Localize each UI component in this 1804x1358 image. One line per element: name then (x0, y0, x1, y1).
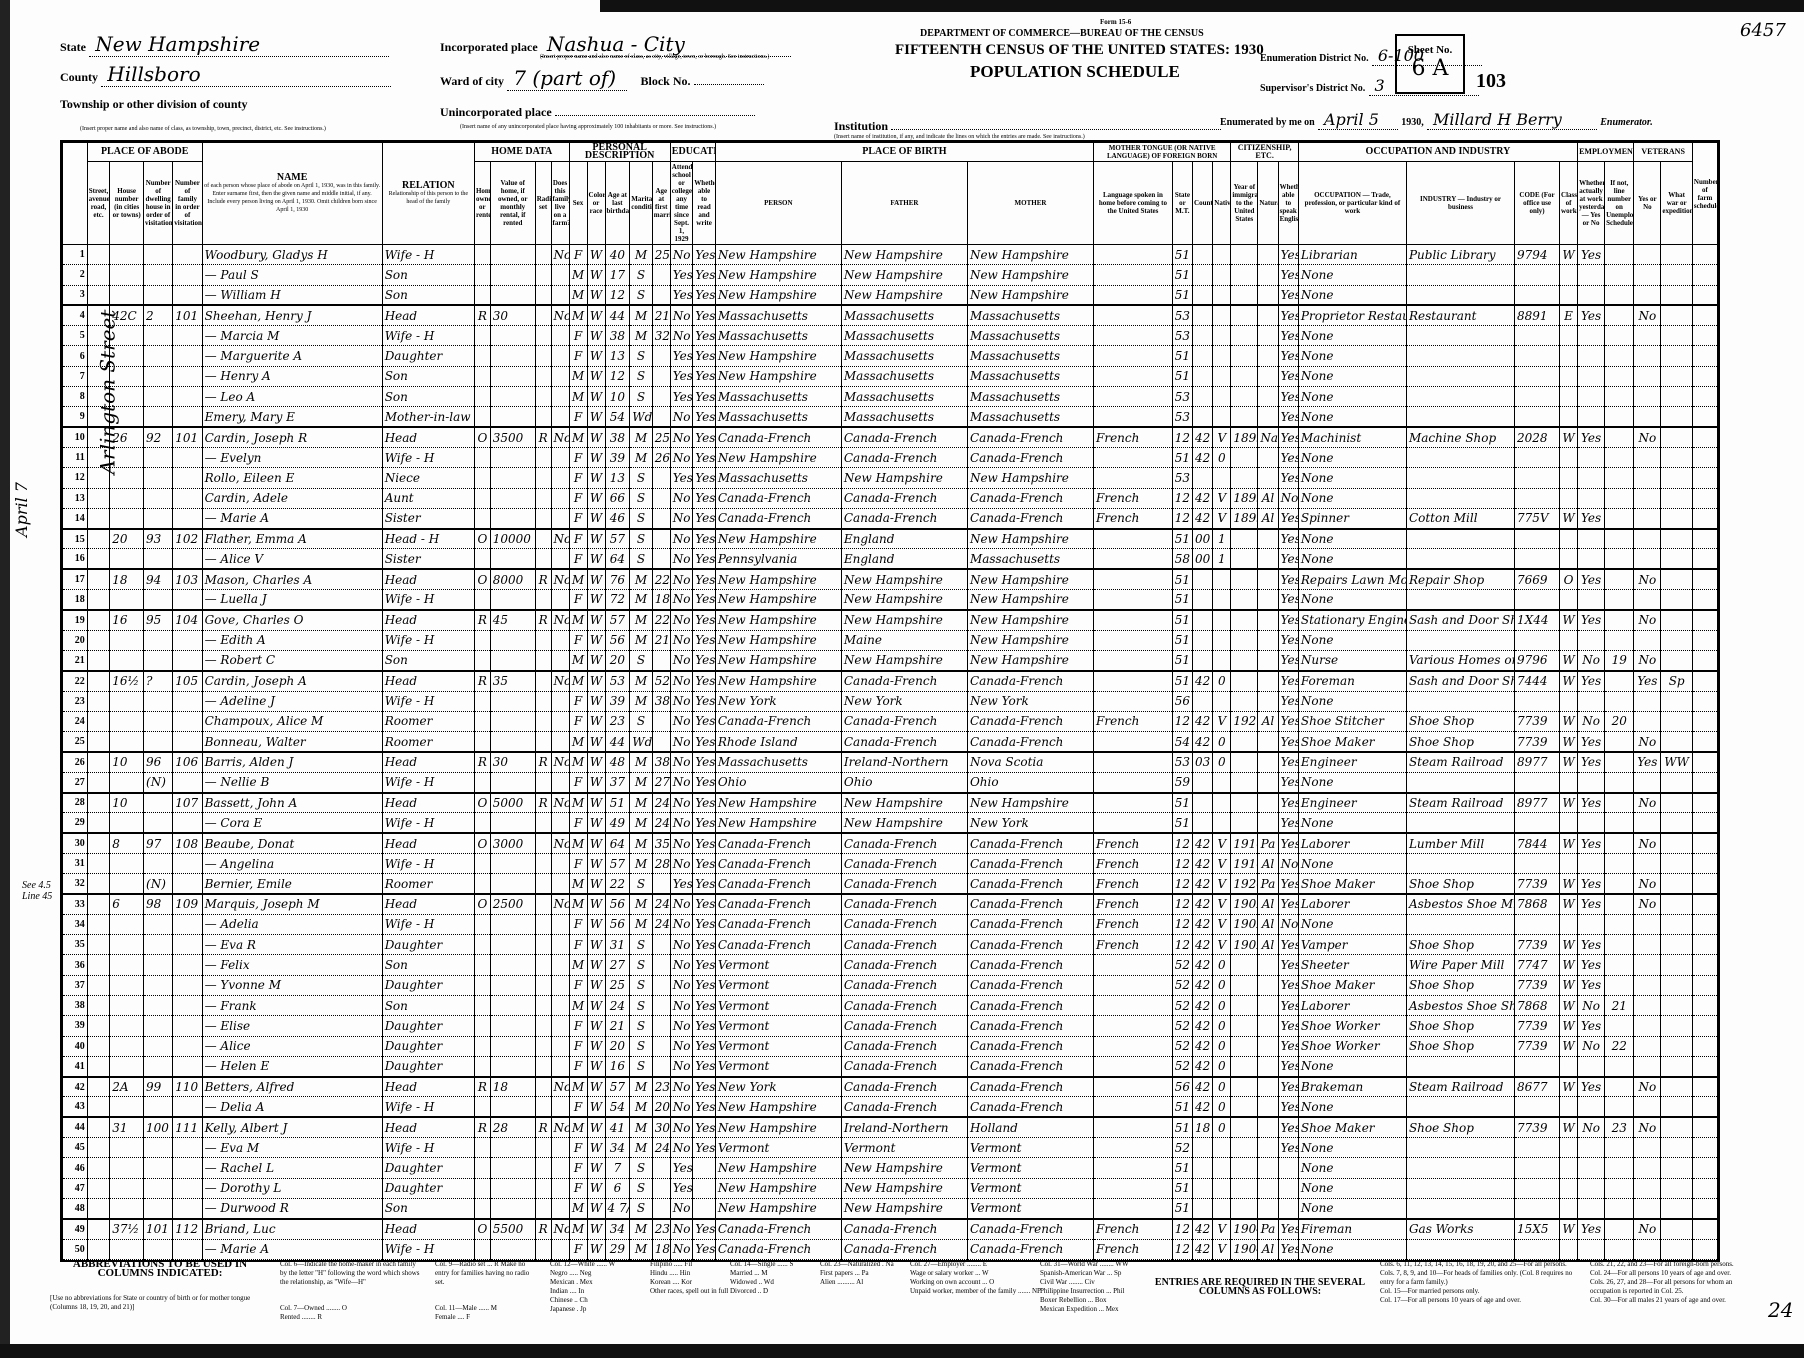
cell-age: 57 (605, 529, 630, 549)
cell-occ: Shoe Maker (1298, 975, 1406, 995)
cell-bp: Canada-French (715, 894, 841, 914)
cell-ln: 22 (63, 671, 88, 691)
cell-work: Yes (1578, 732, 1605, 752)
cell-ca: 56 (1172, 691, 1192, 711)
cell-cb (1193, 265, 1213, 285)
cell-street (87, 1036, 110, 1056)
cell-race: W (587, 326, 605, 346)
cell-own: O (474, 569, 490, 589)
township-note: (Insert proper name and also name of cla… (80, 126, 326, 132)
cell-lang (1094, 346, 1173, 366)
cell-bf: Canada-French (841, 1097, 967, 1117)
cell-mar: S (630, 1198, 653, 1218)
cell-war (1661, 468, 1693, 488)
cell-imm: 1902 (1231, 935, 1258, 955)
cell-farm (551, 549, 569, 569)
cell-fam (173, 995, 202, 1015)
cell-ln: 34 (63, 914, 88, 934)
bottom-right-mark: 24 (1768, 1298, 1793, 1322)
cell-war (1661, 1178, 1693, 1198)
cell-occ: None (1298, 1097, 1406, 1117)
cell-sch: No (670, 590, 693, 610)
cell-race: W (587, 387, 605, 407)
owned-header: Home owned or rented (474, 162, 490, 245)
cell-nat: Al (1258, 711, 1278, 731)
cell-fam (173, 387, 202, 407)
cell-radio (535, 914, 551, 934)
table-row: 3— William HSonMW12SYesYesNew HampshireN… (63, 285, 1718, 305)
cell-street (87, 975, 110, 995)
cell-cd: 7739 (1515, 711, 1560, 731)
cell-occ: Vamper (1298, 935, 1406, 955)
cell-rel: Son (382, 1198, 474, 1218)
cell-radio (535, 590, 551, 610)
cell-eng: Yes (1278, 569, 1298, 589)
cell-sex: F (569, 549, 587, 569)
group-name: NAMEof each person whose place of abode … (202, 143, 382, 245)
cell-imm (1231, 1036, 1258, 1056)
cell-ind: Shoe Shop (1406, 935, 1514, 955)
cell-dwell (144, 732, 173, 752)
cell-ln: 1 (63, 245, 88, 265)
cell-dwell: (N) (144, 772, 173, 792)
cell-sex: F (569, 1178, 587, 1198)
cell-work: Yes (1578, 874, 1605, 894)
cell-rw: Yes (693, 549, 716, 569)
cell-farm (551, 1198, 569, 1218)
cell-race: W (587, 245, 605, 265)
cell-dwell (144, 1036, 173, 1056)
cell-bf: Canada-French (841, 874, 967, 894)
cell-fam (173, 935, 202, 955)
cell-radio (535, 671, 551, 691)
cell-cc: 0 (1213, 1117, 1231, 1137)
incorporated-note: (Insert proper name and also name of cla… (540, 54, 769, 60)
cell-eng: Yes (1278, 650, 1298, 670)
cell-sch: No (670, 1097, 693, 1117)
cell-rw: Yes (693, 346, 716, 366)
cell-mar: S (630, 1178, 653, 1198)
cell-house (110, 447, 144, 467)
cell-am (652, 387, 670, 407)
cell-val (490, 935, 535, 955)
cell-farm (551, 1138, 569, 1158)
cell-bp: New Hampshire (715, 1117, 841, 1137)
cell-nat (1258, 1016, 1278, 1036)
cell-cd: 7747 (1515, 955, 1560, 975)
cell-bf: Massachusetts (841, 305, 967, 325)
cell-val (490, 1036, 535, 1056)
cell-farm: No (551, 569, 569, 589)
cell-un (1605, 549, 1634, 569)
cell-bp: New Hampshire (715, 1097, 841, 1117)
state-field: State New Hampshire (60, 32, 389, 57)
cell-bm: New Hampshire (967, 590, 1093, 610)
cell-name: Bassett, John A (202, 793, 382, 813)
cell-fam: 103 (173, 569, 202, 589)
cell-bp: Vermont (715, 995, 841, 1015)
cell-rw: Yes (693, 894, 716, 914)
cell-name: Barris, Alden J (202, 752, 382, 772)
cell-sex: M (569, 995, 587, 1015)
table-row: 23— Adeline JWife - HFW39M38NoYesNew Yor… (63, 691, 1718, 711)
cell-ca: 51 (1172, 447, 1192, 467)
cell-war (1661, 1219, 1693, 1239)
cell-occ: Shoe Maker (1298, 1117, 1406, 1137)
cell-age: 7 (605, 1158, 630, 1178)
cell-war (1661, 853, 1693, 873)
cell-imm (1231, 285, 1258, 305)
cell-bp: Canada-French (715, 711, 841, 731)
scan-edge-top (600, 0, 1804, 12)
cell-fam: 104 (173, 610, 202, 630)
cell-nat (1258, 1138, 1278, 1158)
cell-house (110, 630, 144, 650)
cell-house: 16 (110, 610, 144, 630)
cell-ca: 51 (1172, 650, 1192, 670)
cell-am: 25 (652, 427, 670, 447)
cell-ind: Sash and Door Shop (1406, 610, 1514, 630)
cell-own: O (474, 427, 490, 447)
cell-nat: Al (1258, 914, 1278, 934)
cell-mar: S (630, 366, 653, 386)
cell-cc: V (1213, 427, 1231, 447)
cell-cls (1560, 914, 1578, 934)
birth-person-header: PERSON (715, 162, 841, 245)
cell-rel: Daughter (382, 1178, 474, 1198)
cell-val: 5000 (490, 793, 535, 813)
table-row: 36— FelixSonMW27SNoYesVermontCanada-Fren… (63, 955, 1718, 975)
cell-cc: V (1213, 1219, 1231, 1239)
cell-own (474, 387, 490, 407)
cell-imm (1231, 975, 1258, 995)
cell-lang (1094, 813, 1173, 833)
cell-fam (173, 407, 202, 427)
cell-name: — Luella J (202, 590, 382, 610)
cell-nat (1258, 1158, 1278, 1178)
cell-ln: 32 (63, 874, 88, 894)
cell-dwell (144, 326, 173, 346)
cell-bm: Vermont (967, 1198, 1093, 1218)
cell-own (474, 265, 490, 285)
cell-dwell: 2 (144, 305, 173, 325)
cell-occ: Brakeman (1298, 1077, 1406, 1097)
naturalization-header: Naturalization (1258, 162, 1278, 245)
cell-cls (1560, 285, 1578, 305)
enumerator-name: Millard H Berry (1427, 110, 1597, 130)
cell-race: W (587, 650, 605, 670)
col12b-note: Filipino ..... Fil Hindu ..... Hin Korea… (650, 1260, 728, 1296)
cell-val (490, 813, 535, 833)
cell-am (652, 732, 670, 752)
cell-imm (1231, 569, 1258, 589)
cell-sex: M (569, 610, 587, 630)
cell-un (1605, 793, 1634, 813)
table-row: 38— FrankSonMW24SNoYesVermontCanada-Fren… (63, 995, 1718, 1015)
cell-rw: Yes (693, 1036, 716, 1056)
cell-occ: Fireman (1298, 1219, 1406, 1239)
cell-work: Yes (1578, 833, 1605, 853)
cell-work: No (1578, 711, 1605, 731)
cell-ln: 47 (63, 1178, 88, 1198)
cell-farmsched (1692, 407, 1717, 427)
cell-rel: Head (382, 305, 474, 325)
cell-sex: M (569, 1077, 587, 1097)
cell-name: — Evelyn (202, 447, 382, 467)
cell-farm: No (551, 1077, 569, 1097)
cell-radio (535, 407, 551, 427)
cell-house: 42C (110, 305, 144, 325)
cell-mar: M (630, 772, 653, 792)
cell-bf: New Hampshire (841, 610, 967, 630)
cell-vet (1634, 590, 1661, 610)
cell-am: 21 (652, 630, 670, 650)
cell-un (1605, 833, 1634, 853)
radio-header: Radio set (535, 162, 551, 245)
cell-ca: 56 (1172, 1077, 1192, 1097)
cell-work (1578, 1056, 1605, 1076)
cell-name: — Robert C (202, 650, 382, 670)
cell-radio (535, 894, 551, 914)
cell-cd (1515, 1097, 1560, 1117)
cell-ind (1406, 813, 1514, 833)
cell-sch: No (670, 732, 693, 752)
cell-farmsched (1692, 590, 1717, 610)
cell-radio: R (535, 793, 551, 813)
cell-dwell: 100 (144, 1117, 173, 1137)
cell-farmsched (1692, 671, 1717, 691)
cell-name: Bonneau, Walter (202, 732, 382, 752)
cell-street (87, 590, 110, 610)
cell-age: 49 (605, 813, 630, 833)
cell-fam (173, 285, 202, 305)
cell-street (87, 914, 110, 934)
cell-farmsched (1692, 732, 1717, 752)
cell-un (1605, 265, 1634, 285)
cell-age: 20 (605, 650, 630, 670)
cell-cc (1213, 1158, 1231, 1178)
cell-age: 22 (605, 874, 630, 894)
cell-farm (551, 995, 569, 1015)
cell-cb: 42 (1193, 1016, 1213, 1036)
cell-bm: Massachusetts (967, 366, 1093, 386)
cell-cd (1515, 529, 1560, 549)
cell-radio (535, 935, 551, 955)
cell-vet: No (1634, 569, 1661, 589)
cell-dwell (144, 975, 173, 995)
cell-race: W (587, 914, 605, 934)
cell-street (87, 995, 110, 1015)
cell-ind (1406, 285, 1514, 305)
cell-house (110, 813, 144, 833)
cell-un (1605, 508, 1634, 528)
cell-radio (535, 955, 551, 975)
farm-header: Does this family live on a farm? (551, 162, 569, 245)
cell-race: W (587, 508, 605, 528)
cell-ind: Steam Railroad (1406, 793, 1514, 813)
cell-age: 56 (605, 894, 630, 914)
cell-radio (535, 1158, 551, 1178)
cell-age: 76 (605, 569, 630, 589)
cell-vet (1634, 549, 1661, 569)
cell-dwell (144, 935, 173, 955)
cell-war (1661, 732, 1693, 752)
cell-mar: S (630, 387, 653, 407)
cell-age: 72 (605, 590, 630, 610)
cell-rel: Wife - H (382, 630, 474, 650)
cell-ca: 12 (1172, 833, 1192, 853)
cell-street (87, 305, 110, 325)
unincorporated-field: Unincorporated place (440, 104, 755, 120)
cell-radio (535, 387, 551, 407)
cell-rw: Yes (693, 447, 716, 467)
cell-imm (1231, 1117, 1258, 1137)
cell-ca: 53 (1172, 326, 1192, 346)
cell-cd: 1X44 (1515, 610, 1560, 630)
cell-radio: R (535, 569, 551, 589)
cell-farmsched (1692, 1097, 1717, 1117)
cell-cb: 42 (1193, 833, 1213, 853)
cell-am (652, 1158, 670, 1178)
group-home-data: HOME DATA (474, 143, 569, 162)
cell-farmsched (1692, 894, 1717, 914)
cell-bm: New Hampshire (967, 529, 1093, 549)
cell-nat (1258, 326, 1278, 346)
cell-street (87, 691, 110, 711)
cell-sex: F (569, 508, 587, 528)
cell-street (87, 1138, 110, 1158)
cell-cls: W (1560, 955, 1578, 975)
cell-cd: 7739 (1515, 1016, 1560, 1036)
cell-race: W (587, 346, 605, 366)
cell-own (474, 874, 490, 894)
cell-cb: 42 (1193, 488, 1213, 508)
cell-work: No (1578, 1117, 1605, 1137)
cell-dwell (144, 407, 173, 427)
cell-farm (551, 1056, 569, 1076)
cell-race: W (587, 691, 605, 711)
cell-eng: Yes (1278, 793, 1298, 813)
cell-cls (1560, 772, 1578, 792)
cell-lang (1094, 245, 1173, 265)
cell-ca: 51 (1172, 1097, 1192, 1117)
cell-rel: Head (382, 793, 474, 813)
cell-lang (1094, 366, 1173, 386)
cell-vet (1634, 935, 1661, 955)
cell-rel: Daughter (382, 1036, 474, 1056)
cell-ind (1406, 387, 1514, 407)
cell-un (1605, 529, 1634, 549)
cell-bf: Massachusetts (841, 346, 967, 366)
group-place-of-birth: PLACE OF BIRTH (715, 143, 1093, 162)
cell-cb (1193, 285, 1213, 305)
cell-cd: 2028 (1515, 427, 1560, 447)
cell-cls: W (1560, 711, 1578, 731)
cell-val (490, 995, 535, 1015)
cell-house (110, 488, 144, 508)
cell-nat (1258, 793, 1278, 813)
cell-occ: None (1298, 590, 1406, 610)
cell-age: 46 (605, 508, 630, 528)
cell-bp: Massachusetts (715, 752, 841, 772)
cell-lang: French (1094, 833, 1173, 853)
cell-nat: Al (1258, 853, 1278, 873)
cell-street (87, 1219, 110, 1239)
cell-age: 38 (605, 427, 630, 447)
cell-am (652, 366, 670, 386)
schedule-rows: 1Woodbury, Gladys HWife - HNoFW40M25NoYe… (63, 245, 1718, 1260)
enumerated-label: Enumerated by me on (1220, 117, 1315, 128)
department-title: DEPARTMENT OF COMMERCE—BUREAU OF THE CEN… (920, 28, 1204, 39)
cell-war (1661, 691, 1693, 711)
cell-lang (1094, 1198, 1173, 1218)
cell-own (474, 813, 490, 833)
enumerated-year: 1930, (1401, 117, 1424, 128)
cell-ln: 48 (63, 1198, 88, 1218)
cell-name: — Marcia M (202, 326, 382, 346)
cell-cd: 8977 (1515, 793, 1560, 813)
cell-farm: No (551, 671, 569, 691)
cell-bp: Ohio (715, 772, 841, 792)
cell-farmsched (1692, 346, 1717, 366)
cell-dwell (144, 245, 173, 265)
cell-vet (1634, 914, 1661, 934)
cell-dwell (144, 1097, 173, 1117)
cell-cc: 1 (1213, 529, 1231, 549)
cell-cb (1193, 1158, 1213, 1178)
cell-cc (1213, 1138, 1231, 1158)
cell-am: 23 (652, 1077, 670, 1097)
cell-bm: Massachusetts (967, 549, 1093, 569)
cell-rw: Yes (693, 711, 716, 731)
cell-work: Yes (1578, 1077, 1605, 1097)
cell-work: No (1578, 650, 1605, 670)
cell-street (87, 955, 110, 975)
cell-cc (1213, 590, 1231, 610)
cell-war (1661, 610, 1693, 630)
cell-dwell (144, 914, 173, 934)
cell-house (110, 387, 144, 407)
cell-mar: S (630, 468, 653, 488)
cell-val (490, 265, 535, 285)
cell-work (1578, 590, 1605, 610)
cell-ln: 2 (63, 265, 88, 285)
cell-own (474, 732, 490, 752)
cell-cd (1515, 488, 1560, 508)
cell-un (1605, 935, 1634, 955)
cell-lang (1094, 285, 1173, 305)
cell-un (1605, 1219, 1634, 1239)
cell-sch: No (670, 1138, 693, 1158)
cell-farm (551, 711, 569, 731)
cell-bf: Massachusetts (841, 366, 967, 386)
table-row: 46— Rachel LDaughterFW7SYesNew Hampshire… (63, 1158, 1718, 1178)
cell-ca: 51 (1172, 529, 1192, 549)
cell-age: 25 (605, 975, 630, 995)
cell-farm: No (551, 245, 569, 265)
cell-farmsched (1692, 1056, 1717, 1076)
cell-val: 5500 (490, 1219, 535, 1239)
cell-farm (551, 468, 569, 488)
cell-cd (1515, 285, 1560, 305)
cell-ln: 8 (63, 387, 88, 407)
cell-cls (1560, 1138, 1578, 1158)
cell-fam (173, 772, 202, 792)
cell-mar: Wd (630, 407, 653, 427)
cell-war (1661, 1056, 1693, 1076)
cell-radio (535, 975, 551, 995)
cell-bf: New Hampshire (841, 569, 967, 589)
